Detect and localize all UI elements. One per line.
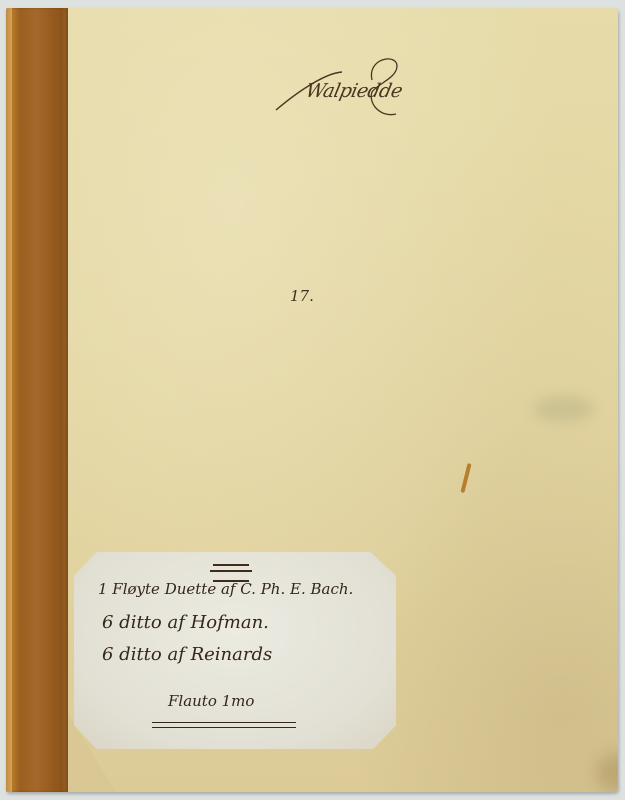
volume-number: 17. xyxy=(290,287,314,305)
signature-text: Walpiedde xyxy=(304,80,405,102)
label-line-reinards: 6 ditto af Reinards xyxy=(102,644,272,665)
label-line-hofman: 6 ditto af Hofman. xyxy=(102,612,269,633)
foxing-stain xyxy=(534,396,594,422)
scan-background: Walpiedde 17. 1 Fløyte Duette af C. Ph. … xyxy=(0,0,625,800)
leather-spine xyxy=(6,8,68,792)
double-underline xyxy=(152,722,296,728)
book-cover: Walpiedde 17. 1 Fløyte Duette af C. Ph. … xyxy=(6,8,618,792)
owner-signature: Walpiedde xyxy=(272,48,422,128)
label-part-name: Flauto 1mo xyxy=(168,692,254,710)
label-line-bach: 1 Fløyte Duette af C. Ph. E. Bach. xyxy=(98,580,353,598)
spine-edge xyxy=(6,8,12,792)
title-label: 1 Fløyte Duette af C. Ph. E. Bach. 6 dit… xyxy=(74,552,396,749)
